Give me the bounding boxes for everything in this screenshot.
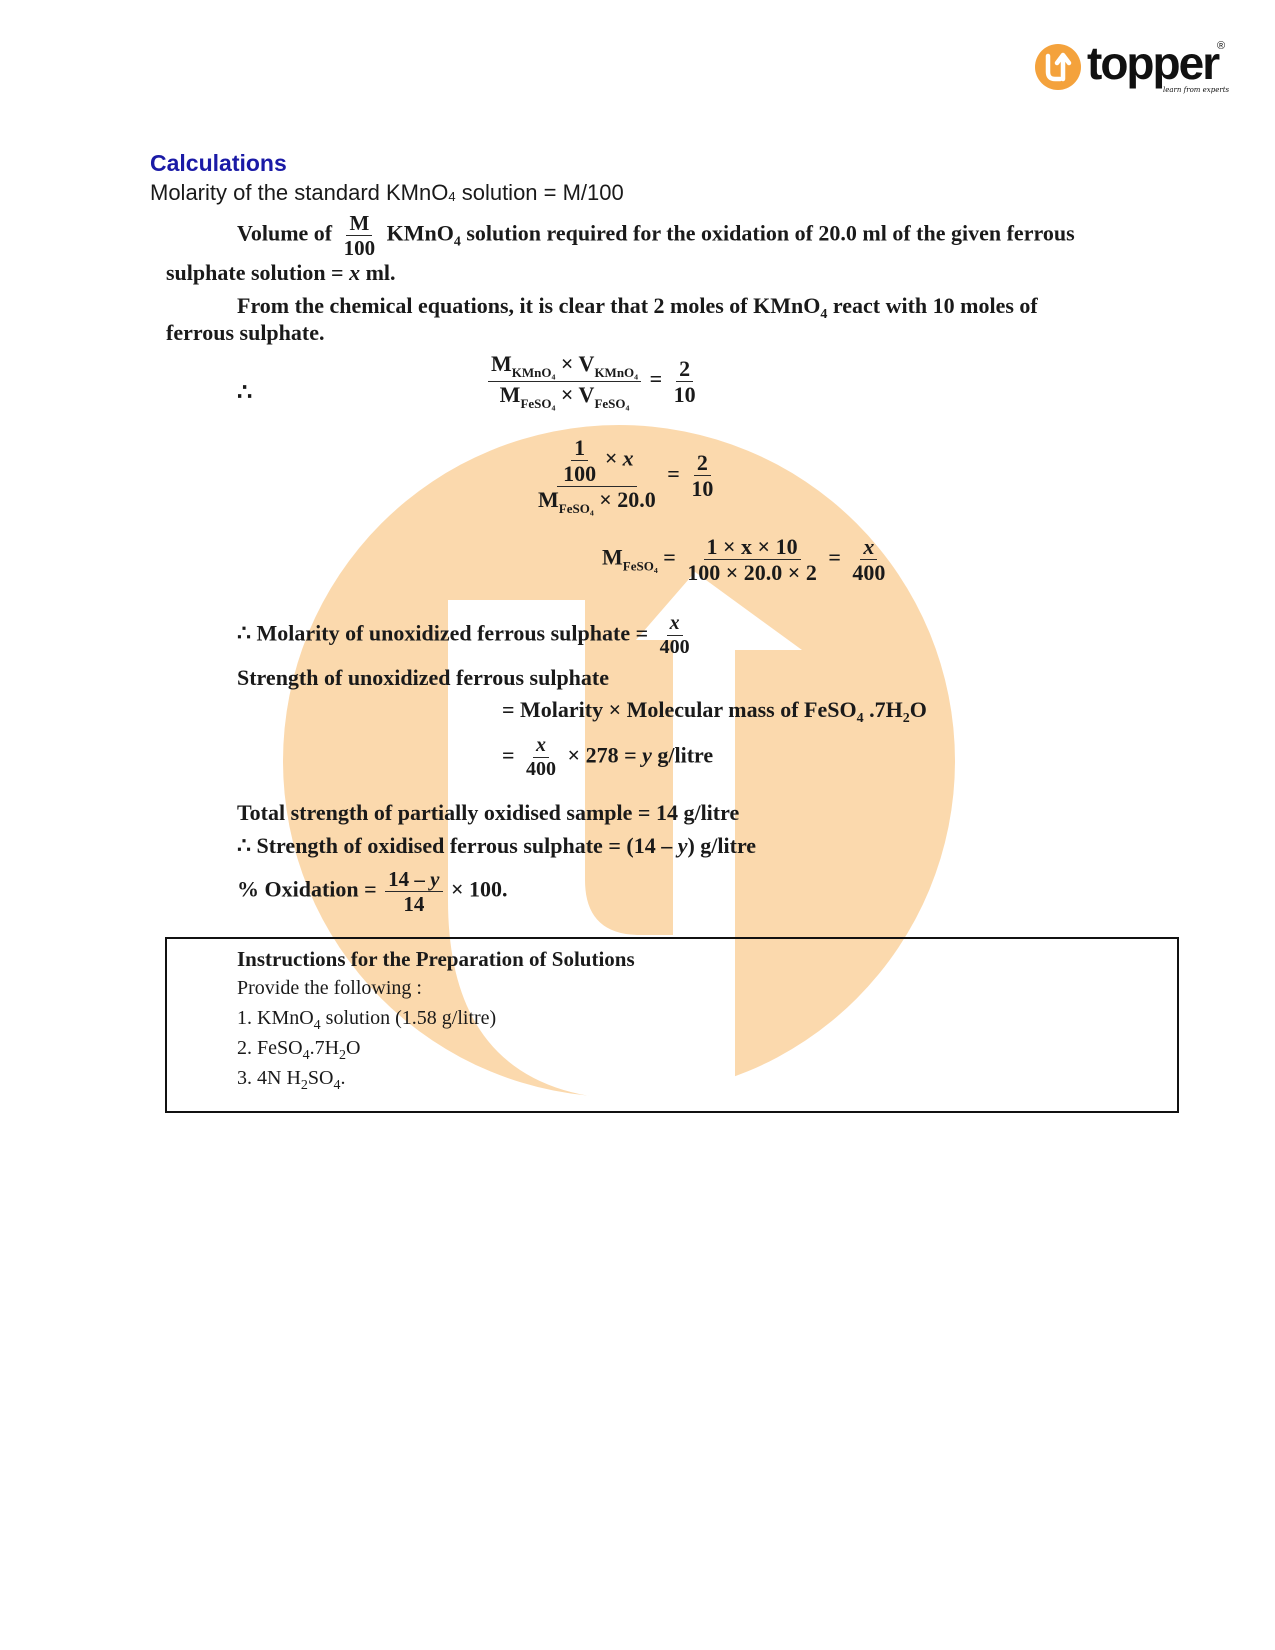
topper-logo: topper ® learn from experts	[1035, 42, 1235, 102]
molarity-statement: Molarity of the standard KMnO4 solution …	[150, 180, 624, 206]
molarity-unoxidized: ∴ Molarity of unoxidized ferrous sulphat…	[237, 613, 696, 658]
moles-paragraph-line1: From the chemical equations, it is clear…	[237, 293, 1038, 323]
logo-brand-text: topper	[1087, 36, 1218, 90]
instructions-intro: Provide the following :	[237, 977, 422, 1000]
volume-paragraph-line1: Volume of M100 KMnO4 solution required f…	[237, 212, 1075, 259]
logo-badge-icon	[1035, 44, 1081, 90]
logo-tagline: learn from experts	[1163, 86, 1229, 94]
volume-paragraph-line2: sulphate solution = x ml.	[166, 260, 396, 286]
instructions-box: Instructions for the Preparation of Solu…	[165, 937, 1179, 1113]
instructions-title: Instructions for the Preparation of Solu…	[237, 947, 635, 972]
registered-mark: ®	[1217, 40, 1225, 52]
strength-value: = x400 × 278 = y g/litre	[502, 735, 713, 780]
therefore-symbol: ∴	[237, 378, 252, 407]
section-heading: Calculations	[150, 150, 287, 177]
oxidised-strength: ∴ Strength of oxidised ferrous sulphate …	[237, 833, 756, 859]
instruction-item: 3. 4N H2SO4.	[237, 1067, 345, 1094]
equation-molarity-feso4: MFeSO₄ = 1 × x × 10100 × 20.0 × 2 = x400	[602, 535, 891, 584]
percent-oxidation: % Oxidation = 14 – y14 × 100.	[237, 868, 508, 915]
instruction-item: 2. FeSO4.7H2O	[237, 1037, 360, 1064]
total-strength: Total strength of partially oxidised sam…	[237, 800, 739, 826]
strength-unoxidized-label: Strength of unoxidized ferrous sulphate	[237, 665, 609, 691]
equation-substitution: 1100 × x MFeSO₄ × 20.0 = 210	[532, 436, 719, 516]
strength-formula: = Molarity × Molecular mass of FeSO4 .7H…	[502, 697, 927, 727]
moles-paragraph-line2: ferrous sulphate.	[166, 320, 325, 346]
instruction-item: 1. KMnO4 solution (1.58 g/litre)	[237, 1007, 496, 1034]
equation-ratio: MKMnO₄ × VKMnO₄ MFeSO₄ × VFeSO₄ = 210	[485, 352, 702, 410]
